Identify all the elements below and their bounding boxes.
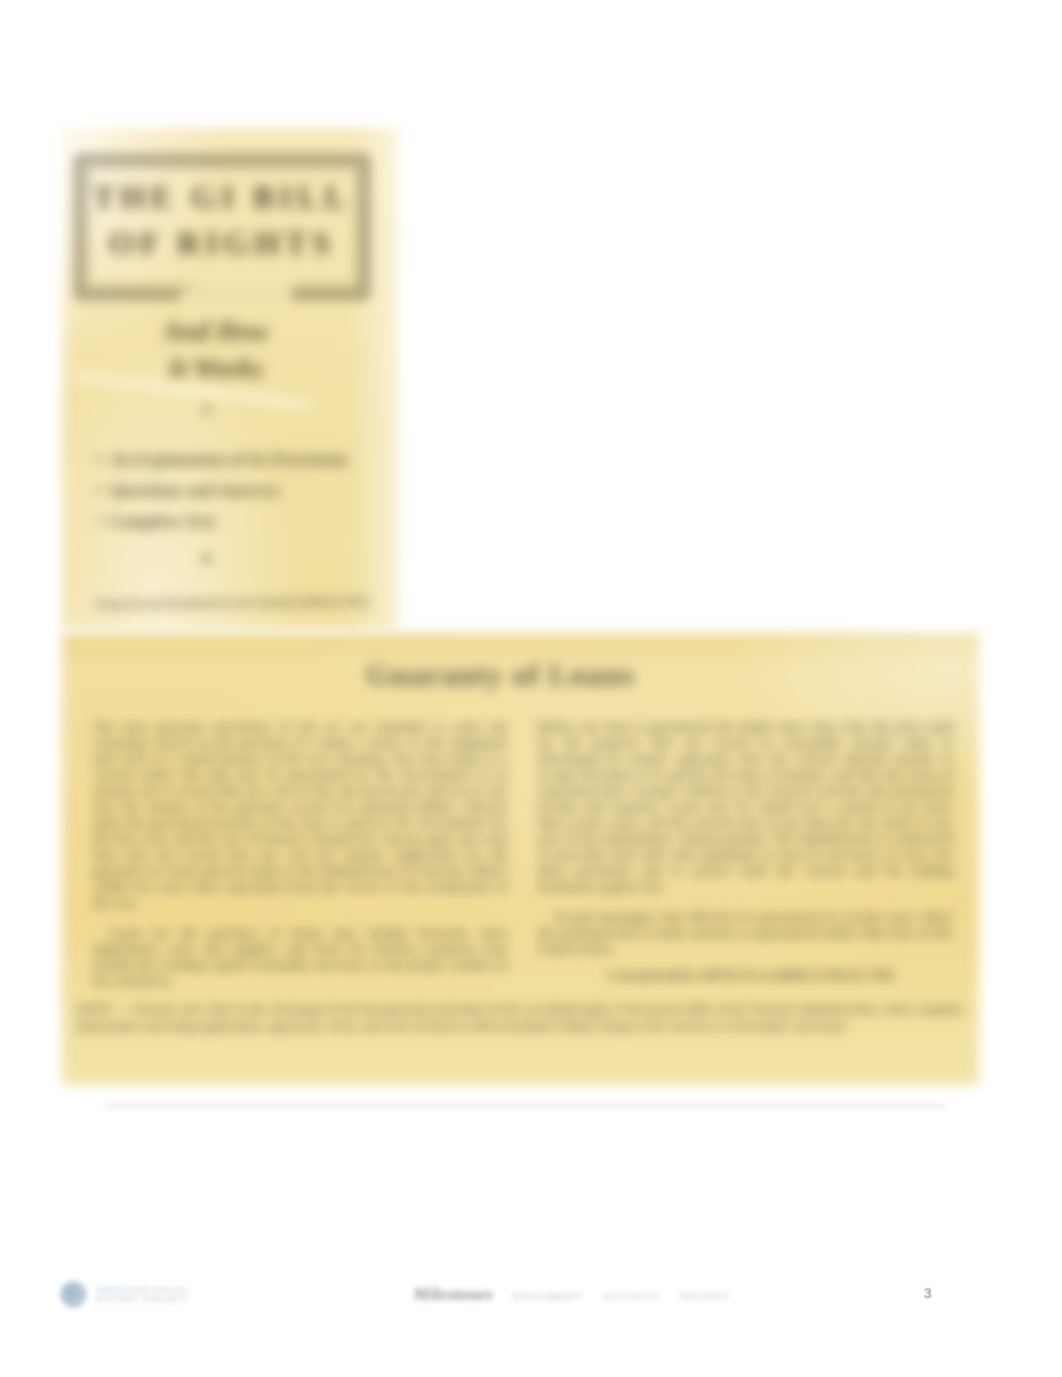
bullet-dot-icon: • (96, 481, 102, 500)
clipping-bottom-note: NOTE — Veterans who wish to take advanta… (76, 1001, 963, 1035)
pamphlet-bullet-text: Complete Text (110, 512, 216, 531)
gi-bill-pamphlet-scan: THE GI BILL OF RIGHTS And How It Works ♦… (62, 128, 398, 628)
bleed-through-ghost-line (105, 1103, 945, 1109)
diamond-separator-icon: ♦ (202, 548, 211, 569)
footer-center-wordmark: Milestones (413, 1284, 493, 1305)
footer-center-word: DOCUMENT (513, 1292, 583, 1303)
circular-logo-icon (60, 1281, 87, 1308)
diamond-separator-icon: ♦ (203, 402, 211, 419)
clipping-right-column: Before any loan is guaranteed the lender… (538, 719, 953, 989)
footer-left-brand: AMERICAN SOCIAL HISTORY PROJECT (60, 1281, 214, 1308)
footer-left-text: AMERICAN SOCIAL HISTORY PROJECT (96, 1286, 214, 1304)
note-lead: NOTE — (76, 1002, 128, 1016)
pamphlet-bullet-item: •An Explanation of Its Provisions (96, 444, 349, 475)
footer-center-brand: Milestones DOCUMENT ACTIVITY PACKET (413, 1284, 730, 1305)
pamphlet-bullet-list: •An Explanation of Its Provisions •Quest… (96, 444, 349, 537)
pamphlet-subtitle-line1: And How (48, 316, 384, 347)
pamphlet-bullet-text: An Explanation of Its Provisions (110, 450, 349, 469)
bullet-dot-icon: • (96, 450, 102, 469)
clipping-bold-closing-line: Loan guaranties will first be available … (608, 967, 953, 983)
page-canvas: THE GI BILL OF RIGHTS And How It Works ♦… (0, 0, 1062, 1377)
pamphlet-bullet-item: •Complete Text (96, 506, 349, 537)
pamphlet-title-line2: OF RIGHTS (87, 227, 357, 261)
bullet-dot-icon: • (96, 512, 102, 531)
clipping-paragraph: Loans for the purchase of farms may incl… (93, 925, 508, 989)
clipping-paragraph: Before any loan is guaranteed the lender… (538, 719, 953, 895)
pamphlet-imprint-line: Prepared and distributed by the National… (96, 597, 370, 611)
clipping-headline: Guaranty of Loans (62, 657, 939, 693)
note-body: Veterans who wish to take advantage of t… (76, 1002, 963, 1033)
clipping-left-column: The loan guaranty provisions of the act … (93, 719, 508, 989)
pamphlet-title-line1: THE GI BILL (87, 181, 357, 215)
clipping-paragraph: The loan guaranty provisions of the act … (93, 719, 508, 911)
clipping-paragraph: Second mortgages may likewise be guarant… (538, 909, 953, 957)
clipping-columns: The loan guaranty provisions of the act … (93, 719, 953, 989)
pamphlet-title-inner-border: THE GI BILL OF RIGHTS (85, 165, 359, 289)
footer-center-word: PACKET (680, 1292, 729, 1303)
pamphlet-title-box: THE GI BILL OF RIGHTS (76, 156, 368, 298)
page-number: 3 (924, 1286, 932, 1301)
guaranty-of-loans-clipping-scan: Guaranty of Loans The loan guaranty prov… (62, 633, 979, 1085)
pamphlet-bullet-item: •Questions and Answers (96, 475, 349, 506)
footer-center-word: ACTIVITY (603, 1292, 661, 1303)
pamphlet-bullet-text: Questions and Answers (110, 481, 280, 500)
